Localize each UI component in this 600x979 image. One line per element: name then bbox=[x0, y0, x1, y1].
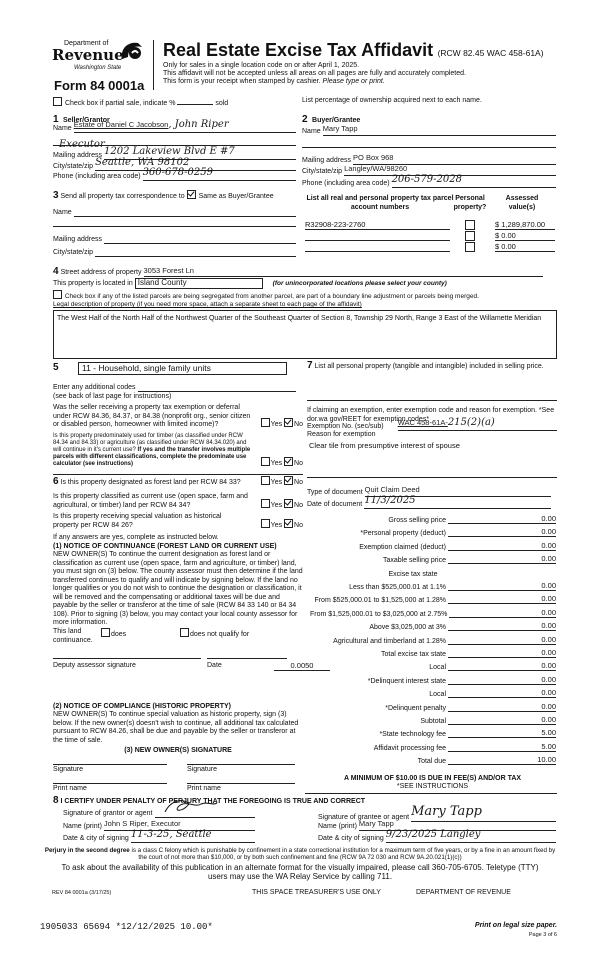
tax-row: From $1,525,000.01 to $3,025,000 at 2.75… bbox=[310, 608, 556, 618]
dept-line2: Revenue bbox=[52, 46, 124, 64]
grantor-signature-scribble-icon bbox=[161, 798, 221, 816]
tax-row-value[interactable]: 0.00 bbox=[518, 581, 556, 591]
seller-name-row: Name Estate of Daniel C Jacobson, John R… bbox=[53, 121, 296, 133]
corr-mailing-field[interactable] bbox=[104, 234, 296, 244]
use-code-select[interactable]: 11 - Household, single family units bbox=[78, 362, 287, 375]
correspondence-heading: 3 Send all property tax correspondence t… bbox=[53, 190, 274, 202]
s6-q1-yes-checkbox[interactable] bbox=[261, 476, 270, 485]
grantor-name-label: Name (print) bbox=[63, 823, 102, 832]
s5-q1: Was the seller receiving a property tax … bbox=[53, 404, 303, 430]
legal-paper-note: Print on legal size paper. bbox=[460, 922, 557, 931]
tax-row: From $525,000.01 to $1,525,000 at 1.28%0… bbox=[310, 594, 556, 604]
same-as-buyer-label: Same as Buyer/Grantee bbox=[199, 193, 274, 200]
segregated-label: Check box if any of the listed parcels a… bbox=[65, 293, 479, 300]
corr-name-row: Name bbox=[53, 207, 296, 217]
title-text: Real Estate Excise Tax Affidavit bbox=[163, 40, 433, 60]
page-title: Real Estate Excise Tax Affidavit (RCW 82… bbox=[163, 40, 544, 61]
buyer-name-row: Name Mary Tapp bbox=[302, 125, 556, 136]
reason-line bbox=[307, 477, 557, 478]
tax-row-value[interactable]: 0.00 bbox=[518, 635, 556, 645]
partial-sale-row: Check box if partial sale, indicate % so… bbox=[53, 97, 228, 109]
s5-q2-no-checkbox[interactable] bbox=[284, 457, 293, 466]
seller-phone-row: Phone (including area code) 360-678-0259 bbox=[53, 169, 296, 181]
does-option: does bbox=[101, 628, 126, 640]
does-not-label: does not qualify for bbox=[190, 631, 249, 638]
tax-row: Taxable selling price0.00 bbox=[310, 554, 556, 564]
seller-name-handwritten: , John Riper bbox=[168, 119, 228, 130]
tax-divider bbox=[305, 793, 557, 794]
tax-row-leader bbox=[448, 543, 518, 551]
tax-row: Total due10.00 bbox=[310, 755, 556, 765]
parcel-row: $ 0.00 bbox=[305, 231, 557, 241]
no-label: No bbox=[294, 502, 303, 509]
tax-row: Agricultural and timberland at 1.28%0.00 bbox=[310, 635, 556, 645]
exemption-no-handwritten: 215(2)(a) bbox=[448, 417, 495, 428]
tax-row-leader bbox=[448, 717, 518, 725]
s5-q1-no-checkbox[interactable] bbox=[284, 418, 293, 427]
perjury-bold: Perjury in the second degree bbox=[45, 847, 130, 854]
new-owner-print-2[interactable] bbox=[187, 783, 295, 784]
partial-sale-suffix: sold bbox=[215, 100, 228, 107]
corr-name-field[interactable] bbox=[74, 207, 296, 217]
grantor-signature-field[interactable] bbox=[155, 808, 255, 818]
notice3-italic: Please type or print. bbox=[323, 78, 385, 85]
tax-row-label: From $1,525,000.01 to $3,025,000 at 2.75… bbox=[310, 611, 449, 618]
assessed-value-field[interactable]: $ 0.00 bbox=[495, 242, 555, 252]
tax-row: Less than $525,000.01 at 1.1%0.00 bbox=[310, 581, 556, 591]
seller-phone-field[interactable]: 360-678-0259 bbox=[143, 169, 296, 181]
s6-q1-text: Is this property designated as forest la… bbox=[61, 479, 241, 486]
tax-row-leader bbox=[448, 663, 518, 671]
corr-mailing-row: Mailing address bbox=[53, 234, 296, 244]
tax-row-leader bbox=[448, 650, 518, 658]
page-number: Page 3 of 6 bbox=[460, 932, 557, 939]
no-label: No bbox=[294, 522, 303, 529]
additional-codes-note: (see back of last page for instructions) bbox=[53, 393, 171, 402]
tax-row-label: Local bbox=[330, 664, 448, 671]
segregated-row: Check box if any of the listed parcels a… bbox=[53, 290, 479, 300]
see-instructions: *SEE INSTRUCTIONS bbox=[300, 783, 565, 792]
tax-row: Local0.00 bbox=[310, 688, 556, 698]
doc-type-row: Type of document Quit Claim Deed bbox=[307, 486, 551, 497]
tax-row-label: Exemption claimed (deduct) bbox=[310, 544, 448, 551]
yes-label: Yes bbox=[271, 479, 282, 486]
form-number: Form 84 0001a bbox=[54, 78, 144, 93]
tax-row: *Delinquent penalty0.00 bbox=[310, 702, 556, 712]
legal-description-text: The West Half of the North Half of the N… bbox=[54, 311, 556, 326]
partial-sale-checkbox[interactable] bbox=[53, 97, 62, 106]
yes-label: Yes bbox=[271, 421, 282, 428]
local-rate-field[interactable]: 0.0050 bbox=[274, 661, 330, 671]
partial-sale-percent-field[interactable] bbox=[177, 104, 213, 105]
header-divider bbox=[153, 40, 154, 90]
s6-q2: Is this property classified as current u… bbox=[53, 493, 303, 510]
additional-codes-row: Enter any additional codes bbox=[53, 383, 296, 392]
tax-row-leader bbox=[448, 516, 518, 524]
s6-q3-answers: Yes No bbox=[261, 519, 303, 531]
tax-row-leader bbox=[448, 690, 518, 698]
tax-row-leader bbox=[448, 757, 518, 765]
s5-q2-text: Is this property predominately used for … bbox=[53, 433, 253, 468]
title-ref: (RCW 82.45 WAC 458-61A) bbox=[438, 48, 544, 58]
tax-row-label: Above $3,025,000 at 3% bbox=[310, 624, 448, 631]
tax-row-label: *Personal property (deduct) bbox=[310, 530, 448, 537]
notice3-text: This form is your receipt when stamped b… bbox=[163, 78, 321, 85]
corr-mailing-label: Mailing address bbox=[53, 236, 102, 245]
s6-q3-no-checkbox[interactable] bbox=[284, 519, 293, 528]
grantor-date-label: Date & city of signing bbox=[63, 835, 129, 844]
parcel-number-field[interactable]: R32908-223-2760 bbox=[305, 220, 450, 230]
s6-q2-no-checkbox[interactable] bbox=[284, 499, 293, 508]
parcel-number-field[interactable] bbox=[305, 231, 450, 241]
buyer-heading-text: Buyer/Grantee bbox=[312, 117, 360, 124]
cashier-stamp: 1905033 65694 *12/12/2025 10.00* bbox=[40, 922, 213, 932]
this-land-label: This land bbox=[53, 628, 81, 635]
print-name-label-1: Print name bbox=[53, 785, 87, 794]
buyer-city-label: City/state/zip bbox=[302, 168, 342, 177]
yes-label: Yes bbox=[271, 522, 282, 529]
section-number: 3 bbox=[53, 190, 59, 201]
tax-row-leader bbox=[448, 730, 518, 738]
parcel-col-header-1: List all real and personal property tax … bbox=[305, 195, 455, 212]
tax-row: Exemption claimed (deduct)0.00 bbox=[310, 541, 556, 551]
new-owner-signature-1[interactable] bbox=[53, 764, 167, 765]
ownership-note: List percentage of ownership acquired ne… bbox=[302, 97, 482, 106]
s6-q3-text: Is this property receiving special valua… bbox=[53, 513, 243, 530]
s5-q1-text: Was the seller receiving a property tax … bbox=[53, 404, 258, 430]
tax-row-value[interactable]: 0.00 bbox=[518, 715, 556, 725]
buyer-name-label: Name bbox=[302, 128, 321, 137]
does-not-option: does not qualify for bbox=[180, 628, 249, 640]
parcel-col-header-3: Assessed value(s) bbox=[492, 195, 552, 212]
tax-row-label: Local bbox=[310, 691, 448, 698]
doc-date-label: Date of document bbox=[307, 501, 362, 510]
parcel-row: $ 0.00 bbox=[305, 242, 557, 252]
s6-q3: Is this property receiving special valua… bbox=[53, 513, 303, 530]
yes-label: Yes bbox=[271, 502, 282, 509]
corr-city-field[interactable] bbox=[95, 247, 296, 257]
continuance-row: This land does does not qualify for cont… bbox=[53, 628, 303, 645]
grantee-name-label: Name (print) bbox=[318, 823, 357, 832]
street-row: 4 Street address of property 3053 Forest… bbox=[53, 266, 543, 277]
tax-row: *Delinquent interest state0.00 bbox=[310, 675, 556, 685]
s7-heading: 7 List all personal property (tangible a… bbox=[307, 362, 557, 372]
tax-row-label: *Delinquent interest state bbox=[310, 678, 448, 685]
revenue-swirl-icon bbox=[118, 39, 144, 63]
tax-row-value[interactable]: 0.00 bbox=[518, 661, 556, 671]
seller-name-line2[interactable]: Executor bbox=[53, 134, 296, 146]
s7-heading-text: List all personal property (tangible and… bbox=[315, 363, 544, 370]
personal-property-checkbox[interactable] bbox=[465, 220, 475, 230]
s5-divider bbox=[53, 474, 303, 475]
does-label: does bbox=[111, 631, 126, 638]
deputy-date-label: Date bbox=[207, 662, 222, 671]
tax-row-value[interactable]: 5.00 bbox=[518, 742, 556, 752]
reason-label: Reason for exemption bbox=[307, 431, 375, 440]
tax-row-leader bbox=[448, 623, 518, 631]
tax-row-label: Total due bbox=[310, 758, 448, 765]
tax-row: Above $3,025,000 at 3%0.00 bbox=[310, 621, 556, 631]
section-number: 8 bbox=[53, 795, 59, 806]
s5-q2: Is this property predominately used for … bbox=[53, 433, 303, 468]
parcel-row: R32908-223-2760$ 1,289,870.00 bbox=[305, 220, 557, 230]
section-number: 4 bbox=[53, 266, 59, 277]
grantee-date-field[interactable]: 9/23/2025 Langley bbox=[386, 831, 556, 843]
signature-label-1: Signature bbox=[53, 766, 83, 775]
tax-row-leader bbox=[448, 677, 518, 685]
section-number: 2 bbox=[302, 114, 308, 125]
dept-state: Washington State bbox=[74, 65, 121, 71]
same-as-buyer-checkbox[interactable] bbox=[187, 190, 196, 199]
located-label: This property is located in bbox=[53, 280, 133, 287]
street-field[interactable]: 3053 Forest Ln bbox=[144, 266, 544, 277]
partial-sale-label: Check box if partial sale, indicate % bbox=[65, 100, 176, 107]
grantor-sig-row: Signature of grantor or agent bbox=[63, 808, 255, 818]
buyer-phone-field[interactable]: 206-579-2028 bbox=[392, 176, 556, 188]
tax-row-value[interactable]: 0.00 bbox=[518, 688, 556, 698]
notice1-body: NEW OWNER(S) To continue the current des… bbox=[53, 551, 303, 628]
corr-city-label: City/state/zip bbox=[53, 249, 93, 258]
parcel-col-header-2: Personal property? bbox=[450, 195, 490, 212]
tax-row-leader bbox=[448, 583, 518, 591]
does-checkbox[interactable] bbox=[101, 628, 110, 637]
deputy-sig-label: Deputy assessor signature bbox=[53, 662, 136, 671]
grantor-date-field[interactable]: 11-3-25, Seattle bbox=[131, 831, 255, 843]
grantee-date-row: Date & city of signing 9/23/2025 Langley bbox=[318, 831, 556, 843]
seller-name-typed: Estate of Daniel C Jacobson bbox=[74, 120, 169, 129]
print-name-label-2: Print name bbox=[187, 785, 221, 794]
s6-q1-no-checkbox[interactable] bbox=[284, 476, 293, 485]
tax-row-value[interactable]: 10.00 bbox=[518, 755, 556, 765]
legal-label: Legal description of property (if you ne… bbox=[53, 301, 362, 308]
tax-row-label: Agricultural and timberland at 1.28% bbox=[310, 638, 448, 645]
section-5-number: 5 bbox=[53, 362, 59, 373]
s6-q2-text: Is this property classified as current u… bbox=[53, 493, 253, 510]
tax-row-label: Affidavit processing fee bbox=[310, 745, 448, 752]
notice3-title: (3) NEW OWNER(S) SIGNATURE bbox=[53, 747, 303, 756]
header-notice-3: This form is your receipt when stamped b… bbox=[163, 78, 385, 87]
seller-name-field[interactable]: Estate of Daniel C Jacobson, John Riper bbox=[74, 121, 296, 133]
buyer-mailing-row: Mailing address PO Box 968 bbox=[302, 154, 556, 165]
s5-q1-answers: Yes No bbox=[261, 418, 303, 430]
parcel-number-field[interactable] bbox=[305, 242, 450, 252]
additional-codes-field[interactable] bbox=[138, 383, 297, 392]
s5-q2-yes-checkbox[interactable] bbox=[261, 457, 270, 466]
perjury-text: is a class C felony which is punishable … bbox=[130, 847, 555, 861]
tax-row-leader bbox=[448, 704, 518, 712]
tax-row-value[interactable]: 0.00 bbox=[518, 675, 556, 685]
tax-row-value[interactable]: 0.00 bbox=[518, 608, 556, 618]
exemption-no-field[interactable]: WAC 458-61A-215(2)(a) bbox=[398, 419, 557, 431]
s6-q1-answers: Yes No bbox=[261, 476, 303, 488]
exemption-no-typed: WAC 458-61A- bbox=[398, 418, 448, 427]
tax-row-leader bbox=[448, 744, 518, 752]
tax-row: Gross selling price0.00 bbox=[310, 514, 556, 524]
section-number: 7 bbox=[307, 360, 313, 371]
tax-row-value[interactable]: 5.00 bbox=[518, 728, 556, 738]
county-select[interactable]: Island County bbox=[135, 278, 263, 289]
legal-description-field[interactable]: The West Half of the North Half of the N… bbox=[53, 310, 557, 359]
s6-q3-yes-checkbox[interactable] bbox=[261, 519, 270, 528]
tax-row-label: Subtotal bbox=[310, 718, 448, 725]
corr-city-row: City/state/zip bbox=[53, 247, 296, 257]
yes-label: Yes bbox=[271, 460, 282, 467]
perjury-notice: Perjury in the second degree is a class … bbox=[40, 847, 560, 861]
rev-number: REV 84 0001a (3/17/25) bbox=[52, 890, 111, 897]
tax-row-value[interactable]: 0.00 bbox=[518, 594, 556, 604]
street-label: Street address of property bbox=[61, 269, 142, 278]
tax-row-value[interactable]: 0.00 bbox=[518, 621, 556, 631]
s5-q1-yes-checkbox[interactable] bbox=[261, 418, 270, 427]
s6-q1: 6 Is this property designated as forest … bbox=[53, 478, 303, 488]
tax-row-leader bbox=[448, 529, 518, 537]
tax-row: *Personal property (deduct)0.00 bbox=[310, 527, 556, 537]
s6-q2-yes-checkbox[interactable] bbox=[261, 499, 270, 508]
treasurer-use: THIS SPACE TREASURER'S USE ONLY bbox=[252, 889, 381, 898]
deputy-date-field[interactable] bbox=[207, 658, 287, 659]
tax-row-leader bbox=[448, 596, 518, 604]
seller-phone-label: Phone (including area code) bbox=[53, 173, 141, 182]
segregated-checkbox[interactable] bbox=[53, 290, 62, 299]
grantor-sig-label: Signature of grantor or agent bbox=[63, 810, 153, 819]
tax-row-label: Less than $525,000.01 at 1.1% bbox=[310, 584, 448, 591]
corr-name-line2[interactable] bbox=[53, 226, 296, 227]
dept-of-revenue: DEPARTMENT OF REVENUE bbox=[416, 889, 511, 898]
s5-q2-answers: Yes No bbox=[261, 457, 303, 469]
tax-row-value[interactable]: 0.00 bbox=[518, 554, 556, 564]
new-owner-print-1[interactable] bbox=[53, 783, 167, 784]
alt-format-notice: To ask about the availability of this pu… bbox=[60, 863, 540, 881]
tax-row-label: Gross selling price bbox=[310, 517, 448, 524]
tax-row: Excise tax state bbox=[310, 568, 556, 578]
tax-row-label: *State technology fee bbox=[310, 731, 448, 738]
tax-row-value[interactable]: 0.00 bbox=[518, 527, 556, 537]
assessed-value-field[interactable]: $ 1,289,870.00 bbox=[495, 220, 555, 230]
exemption-no-label: Exemption No. (sec/sub) bbox=[307, 423, 384, 432]
exemption-no-row: Exemption No. (sec/sub) WAC 458-61A-215(… bbox=[307, 419, 557, 431]
tax-row: Total excise tax state0.00 bbox=[310, 648, 556, 658]
tax-row-label: Total excise tax state bbox=[310, 651, 448, 658]
no-label: No bbox=[294, 479, 303, 486]
personal-property-checkbox[interactable] bbox=[465, 231, 475, 241]
additional-codes-label: Enter any additional codes bbox=[53, 384, 136, 393]
assessed-value-field[interactable]: $ 0.00 bbox=[495, 231, 555, 241]
tax-row-value[interactable]: 0.00 bbox=[518, 541, 556, 551]
tax-row-leader bbox=[449, 610, 518, 618]
tax-row-label: *Delinquent penalty bbox=[310, 705, 448, 712]
tax-row-label: From $525,000.01 to $1,525,000 at 1.28% bbox=[310, 597, 448, 604]
corr-name-label: Name bbox=[53, 209, 72, 218]
section-number: 6 bbox=[53, 476, 59, 487]
tax-row: Affidavit processing fee5.00 bbox=[310, 742, 556, 752]
doc-date-field[interactable]: 11/3/2025 bbox=[364, 497, 551, 509]
doc-type-label: Type of document bbox=[307, 489, 363, 498]
tax-row-label: Excise tax state bbox=[310, 571, 556, 578]
seller-name-label: Name bbox=[53, 125, 72, 134]
located-note: (for unincorporated locations please sel… bbox=[273, 280, 447, 287]
tax-row-value[interactable]: 0.00 bbox=[518, 648, 556, 658]
s6-instr: If any answers are yes, complete as inst… bbox=[53, 534, 219, 543]
personal-property-field[interactable] bbox=[307, 400, 557, 401]
new-owner-signature-2[interactable] bbox=[187, 764, 295, 765]
continuance-label: continuance. bbox=[53, 637, 303, 646]
buyer-phone-row: Phone (including area code) 206-579-2028 bbox=[302, 176, 556, 188]
tax-row-leader bbox=[448, 556, 518, 564]
grantor-date-row: Date & city of signing 11-3-25, Seattle bbox=[63, 831, 255, 843]
tax-row-value[interactable]: 0.00 bbox=[518, 514, 556, 524]
no-label: No bbox=[294, 421, 303, 428]
buyer-name-field[interactable]: Mary Tapp bbox=[323, 125, 556, 136]
tax-row: 0.0050Local0.00 bbox=[330, 661, 556, 671]
buyer-name-line2[interactable] bbox=[302, 147, 556, 148]
s6-q2-answers: Yes No bbox=[261, 499, 303, 511]
tax-row-value[interactable]: 0.00 bbox=[518, 702, 556, 712]
tax-row: *State technology fee5.00 bbox=[310, 728, 556, 738]
personal-property-checkbox[interactable] bbox=[465, 242, 475, 252]
reason-field[interactable]: Clear tile from presumptive interest of … bbox=[309, 441, 460, 450]
deputy-signature-field[interactable] bbox=[53, 658, 201, 659]
correspondence-heading-text: Send all property tax correspondence to bbox=[61, 193, 185, 200]
does-not-checkbox[interactable] bbox=[180, 628, 189, 637]
tax-row-label: Taxable selling price bbox=[310, 557, 448, 564]
doc-date-row: Date of document 11/3/2025 bbox=[307, 497, 551, 509]
notice2-body: NEW OWNER(S) To continue special valuati… bbox=[53, 711, 303, 745]
tax-row: Subtotal0.00 bbox=[310, 715, 556, 725]
signature-label-2: Signature bbox=[187, 766, 217, 775]
no-label: No bbox=[294, 460, 303, 467]
tax-row-leader bbox=[448, 637, 518, 645]
buyer-phone-label: Phone (including area code) bbox=[302, 180, 390, 189]
grantee-date-label: Date & city of signing bbox=[318, 835, 384, 844]
located-row: This property is located in Island Count… bbox=[53, 278, 447, 289]
